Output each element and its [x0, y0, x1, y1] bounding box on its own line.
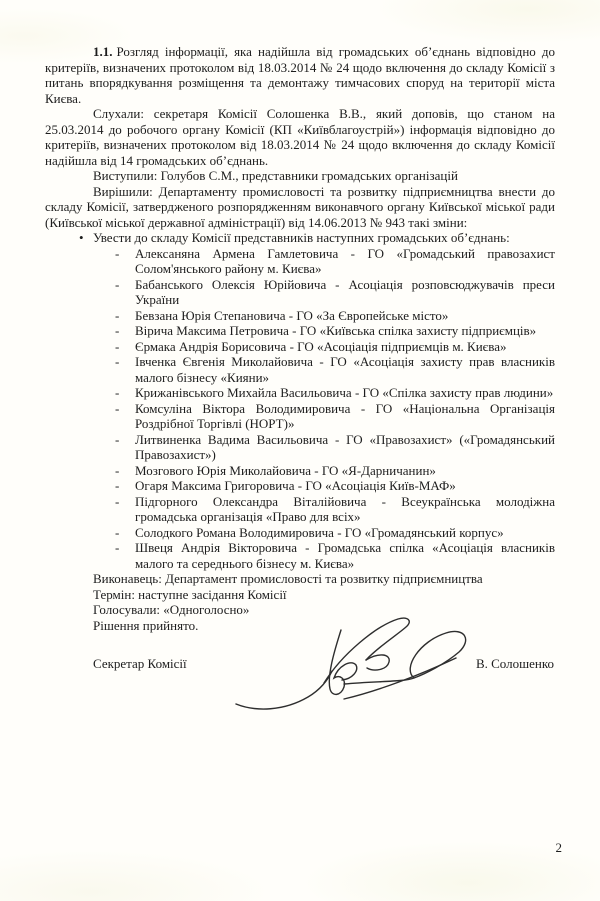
dash-icon: -	[115, 339, 135, 355]
member-item: -Івченка Євгенія Миколайовича - ГО «Асоц…	[115, 354, 555, 385]
dash-icon: -	[115, 478, 135, 494]
member-text: Литвиненка Вадима Васильовича - ГО «Прав…	[135, 432, 555, 463]
dash-icon: -	[115, 494, 135, 525]
member-text: Вірича Максима Петровича - ГО «Київська …	[135, 323, 555, 339]
paragraph-decided: Вирішили: Департаменту промисловості та …	[45, 184, 555, 231]
member-text: Швеця Андрія Вікторовича - Громадська сп…	[135, 540, 555, 571]
bullet-intro-text: Увести до складу Комісії представників н…	[93, 230, 510, 246]
paragraph-heard: Слухали: секретаря Комісії Солошенка В.В…	[45, 106, 555, 168]
member-item: -Бевзана Юрія Степановича - ГО «За Європ…	[115, 308, 555, 324]
dash-icon: -	[115, 277, 135, 308]
signature-name: В. Солошенко	[476, 656, 554, 672]
paragraph-1-1: 1.1.Розгляд інформації, яка надійшла від…	[45, 44, 555, 106]
executor-line: Виконавець: Департамент промисловості та…	[93, 571, 555, 587]
dash-icon: -	[115, 385, 135, 401]
member-text: Алексаняна Армена Гамлетовича - ГО «Гром…	[135, 246, 555, 277]
paragraph-spoke: Виступили: Голубов С.М., представники гр…	[45, 168, 555, 184]
member-item: -Литвиненка Вадима Васильовича - ГО «Пра…	[115, 432, 555, 463]
member-item: -Алексаняна Армена Гамлетовича - ГО «Гро…	[115, 246, 555, 277]
dash-icon: -	[115, 401, 135, 432]
member-text: Комсуліна Віктора Володимировича - ГО «Н…	[135, 401, 555, 432]
member-item: -Єрмака Андрія Борисовича - ГО «Асоціаці…	[115, 339, 555, 355]
bullet-list-intro: • Увести до складу Комісії представників…	[79, 230, 555, 246]
member-text: Солодкого Романа Володимировича - ГО «Гр…	[135, 525, 555, 541]
signature-block: Секретар Комісії В. Солошенко	[93, 656, 554, 672]
member-text: Бевзана Юрія Степановича - ГО «За Європе…	[135, 308, 555, 324]
dash-icon: -	[115, 540, 135, 571]
member-item: -Швеця Андрія Вікторовича - Громадська с…	[115, 540, 555, 571]
paragraph-1-1-text: Розгляд інформації, яка надійшла від гро…	[45, 44, 555, 106]
member-text: Крижанівського Михайла Васильовича - ГО …	[135, 385, 555, 401]
member-text: Бабанського Олексія Юрійовича - Асоціаці…	[135, 277, 555, 308]
member-text: Мозгового Юрія Миколайовича - ГО «Я-Дарн…	[135, 463, 555, 479]
dash-icon: -	[115, 354, 135, 385]
bullet-icon: •	[79, 230, 93, 246]
dash-icon: -	[115, 525, 135, 541]
paragraph-1-1-number: 1.1.	[93, 44, 113, 59]
member-item: -Бабанського Олексія Юрійовича - Асоціац…	[115, 277, 555, 308]
member-item: -Підгорного Олександра Віталійовича - Вс…	[115, 494, 555, 525]
document-body: 1.1.Розгляд інформації, яка надійшла від…	[45, 44, 555, 633]
member-text: Підгорного Олександра Віталійовича - Все…	[135, 494, 555, 525]
signature-role: Секретар Комісії	[93, 656, 187, 672]
dash-icon: -	[115, 432, 135, 463]
member-text: Огаря Максима Григоровича - ГО «Асоціаці…	[135, 478, 555, 494]
member-item: -Солодкого Романа Володимировича - ГО «Г…	[115, 525, 555, 541]
dash-icon: -	[115, 323, 135, 339]
document-page: 1.1.Розгляд інформації, яка надійшла від…	[0, 0, 600, 901]
dash-icon: -	[115, 463, 135, 479]
member-text: Івченка Євгенія Миколайовича - ГО «Асоці…	[135, 354, 555, 385]
member-list: -Алексаняна Армена Гамлетовича - ГО «Гро…	[45, 246, 555, 572]
member-item: -Вірича Максима Петровича - ГО «Київська…	[115, 323, 555, 339]
member-item: -Крижанівського Михайла Васильовича - ГО…	[115, 385, 555, 401]
member-item: -Мозгового Юрія Миколайовича - ГО «Я-Дар…	[115, 463, 555, 479]
dash-icon: -	[115, 246, 135, 277]
member-item: -Огаря Максима Григоровича - ГО «Асоціац…	[115, 478, 555, 494]
dash-icon: -	[115, 308, 135, 324]
page-number: 2	[556, 840, 563, 856]
member-item: -Комсуліна Віктора Володимировича - ГО «…	[115, 401, 555, 432]
member-text: Єрмака Андрія Борисовича - ГО «Асоціація…	[135, 339, 555, 355]
